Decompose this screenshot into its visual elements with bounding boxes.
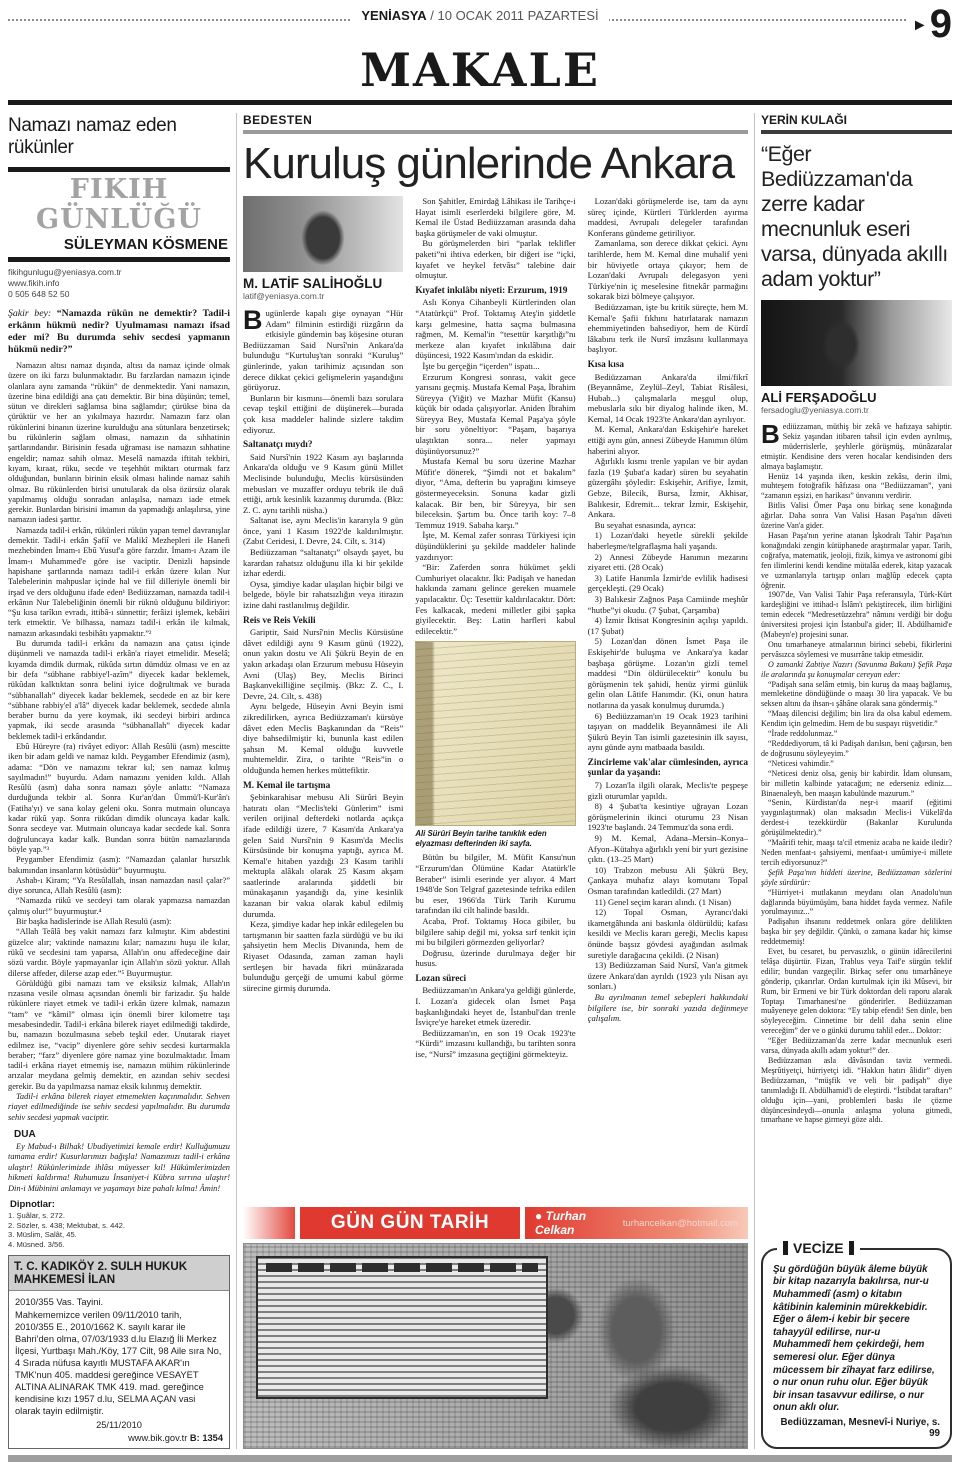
vecize-box: VECİZE Şu gördüğün büyük âleme büyük bir… bbox=[761, 1248, 952, 1449]
gun-gun-tarih-title: GÜN GÜN TARİH bbox=[300, 1207, 520, 1239]
article-paragraph: Zamanlama, son derece dikkat çekici. Ayn… bbox=[588, 238, 748, 302]
yerin-kulagi-kicker: YERİN KULAĞI bbox=[761, 113, 952, 127]
article-paragraph: M. Kemal ile tartışma bbox=[243, 781, 403, 792]
article-paragraph: “Neticesi deniz olsa, geniş bir kabirdir… bbox=[761, 769, 952, 799]
article-paragraph: Ağırlıklı kısmı trenle yapılan ve bir ay… bbox=[588, 456, 748, 520]
article-paragraph: Bitlis Valisi Ömer Paşa onu birkaç sene … bbox=[761, 501, 952, 531]
article-paragraph: “Maârifi tehir, maaşı ta'cil etmeniz aca… bbox=[761, 838, 952, 868]
article-paragraph: 6) Bediüzzaman'ın 19 Ocak 1923 tarihini … bbox=[588, 711, 748, 753]
article-paragraph: Bediüzzaman asla dâvâsından taviz vermed… bbox=[761, 1056, 952, 1125]
article-paragraph: Evet, bu cesaret, bu pervasızlık, o günü… bbox=[761, 947, 952, 1036]
gun-gun-tarih-email[interactable]: turhancelkan@hotmail.com bbox=[623, 1218, 738, 1229]
article-paragraph: Bunların bir kısmını—önemli bazı sorular… bbox=[243, 393, 403, 435]
dua-text: Ey Mabud-ı Bilhak! Ubudiyetimizi kemale … bbox=[8, 1142, 230, 1194]
article-paragraph: “Neticesi vahimdir.” bbox=[761, 759, 952, 769]
bedesten-col-3: Lozan'daki görüşmelerde ise, tam da aynı… bbox=[588, 196, 748, 1201]
court-notice-text: Mahkememizce verilen 09/11/2010 tarih, 2… bbox=[15, 1309, 223, 1417]
banner-gradient-stub bbox=[243, 1207, 295, 1239]
section-title: MAKALE bbox=[8, 46, 952, 94]
yerin-kulagi-headline: “Eğer Bediüzzaman'da zerre kadar mecnunl… bbox=[761, 142, 952, 292]
article-paragraph: Acaba, Prof. Toktamış Hoca gibiler, bu b… bbox=[415, 916, 575, 948]
bedesten-column: BEDESTEN Kuruluş günlerinde Ankara M. LA… bbox=[243, 113, 748, 1449]
fikih-article: Namazı namaz eden rükünler FIKIH GÜNLÜĞÜ… bbox=[8, 113, 230, 1247]
article-paragraph: Son Şahitler, Emirdağ Lâhikası ile Tarih… bbox=[415, 196, 575, 238]
article-paragraph: Hasan Paşa'nın yerine atanan İşkodralı T… bbox=[761, 531, 952, 590]
dua-heading: DUA bbox=[14, 1129, 230, 1140]
fikih-body: Namazın altısı namaz dışında, altısı da … bbox=[8, 361, 230, 1123]
article-paragraph: Doğrusu, üzerinde durulmaya değer bir hu… bbox=[415, 948, 575, 969]
court-notice-body: 2010/355 Vas. Tayini. Mahkememizce veril… bbox=[9, 1291, 229, 1448]
footnote: 2. Sözler, s. 438; Mektubat, s. 442. bbox=[8, 1221, 230, 1231]
bedesten-headline: Kuruluş günlerinde Ankara bbox=[243, 140, 748, 188]
court-notice-title: T. C. KADIKÖY 2. SULH HUKUK MAHKEMESİ İL… bbox=[9, 1256, 229, 1291]
article-paragraph: Kıyafet inkılâbı niyeti: Erzurum, 1919 bbox=[415, 286, 575, 297]
article-paragraph: Bediüzzaman'ın Ankara'ya geldiği günlerd… bbox=[415, 985, 575, 1027]
bedesten-col3-text: Lozan'daki görüşmelerde ise, tam da aynı… bbox=[588, 196, 748, 1024]
article-paragraph: Mustafa Kemal bu soru üzerine Mazhar Müf… bbox=[415, 456, 575, 530]
newspaper-clipping bbox=[256, 1256, 548, 1399]
article-paragraph: Saltanatçı mıydı? bbox=[243, 440, 403, 451]
bedesten-body: M. LATİF SALİHOĞLU latif@yeniasya.com.tr… bbox=[243, 196, 748, 1201]
article-paragraph: 11) Genel seçim kararı alındı. (1 Nisan) bbox=[588, 897, 748, 908]
article-paragraph: O zamanki Zabtiye Nazırı (Savunma Bakanı… bbox=[761, 660, 952, 680]
article-paragraph: Şefik Paşa'nın hiddeti üzerine, Bediüzza… bbox=[761, 868, 952, 888]
vecize-attribution: Bediüzzaman, Mesnevî-i Nuriye, s. 99 bbox=[773, 1417, 940, 1439]
bedesten-col2b-text: Bütün bu bilgiler, M. Müfit Kansu'nun “E… bbox=[415, 852, 575, 1059]
vecize-title-text: VECİZE bbox=[793, 1240, 844, 1256]
clipping-headline-texture bbox=[266, 1263, 538, 1272]
article-paragraph: Bediüzzaman “saltanatçı” olsaydı şayet, … bbox=[243, 547, 403, 579]
yerin-kulagi-rule bbox=[761, 130, 952, 134]
fikih-column-name: FIKIH GÜNLÜĞÜ bbox=[8, 172, 230, 235]
footnotes-heading: Dipnotlar: bbox=[10, 1199, 230, 1210]
masthead-date: / 10 OCAK 2011 PAZARTESİ bbox=[427, 8, 599, 23]
gun-gun-tarih-byline: ● Turhan Celkan turhancelkan@hotmail.com bbox=[525, 1207, 748, 1239]
article-paragraph: Zincirleme vak'alar cümlesinden, ayrıca … bbox=[588, 758, 748, 779]
article-paragraph: Erzurum Kongresi sonrası, vakit gece yar… bbox=[415, 372, 575, 457]
gun-gun-tarih-section: GÜN GÜN TARİH ● Turhan Celkan turhancelk… bbox=[243, 1207, 748, 1449]
fikih-paragraph: “Allah Teâlâ beş vakit namazı farz kılmı… bbox=[8, 927, 230, 978]
article-paragraph: Said Nursî'nin 1922 Kasım ayı başlarında… bbox=[243, 452, 403, 516]
article-paragraph: Bediüzzaman'ın, en son 19 Ocak 1923'te “… bbox=[415, 1028, 575, 1060]
article-paragraph: 1) Lozan'daki heyetle sürekli şekilde ha… bbox=[588, 530, 748, 551]
article-paragraph: 3) Latife Hanımla İzmir'de evlilik hadis… bbox=[588, 573, 748, 594]
article-paragraph: Bediüzzaman, işte bu kritik süreçte, hem… bbox=[588, 302, 748, 355]
fikih-paragraph: Ebû Hüreyre (ra) rivâyet ediyor: Allah R… bbox=[8, 742, 230, 855]
court-notice-date: 25/11/2010 bbox=[15, 1419, 223, 1431]
article-paragraph: “Eğer Bediüzzaman'da zerre kadar mecnunl… bbox=[761, 1036, 952, 1056]
article-paragraph: Bugünlerde kapalı gişe oynayan “Hür Adam… bbox=[243, 308, 403, 393]
fikih-contact-block: fikihgunlugu@yeniasya.com.tr www.fikih.i… bbox=[8, 262, 230, 308]
page-arrow-icon: ► bbox=[912, 17, 928, 34]
article-paragraph: Henüz 14 yaşında iken, keskin zekâsı, de… bbox=[761, 472, 952, 502]
fikih-contact-web[interactable]: www.fikih.info bbox=[8, 278, 230, 289]
article-paragraph: Bediüzzaman Ankara'da ilmi/fikrî (Beyann… bbox=[588, 372, 748, 425]
main-content: Namazı namaz eden rükünler FIKIH GÜNLÜĞÜ… bbox=[8, 113, 952, 1449]
fikih-paragraph: Ashab-ı Kiram; “Ya Resûlallah, insan nam… bbox=[8, 876, 230, 897]
article-paragraph: 12) Topal Osman, Ayrancı'daki ikametgâhı… bbox=[588, 907, 748, 960]
footnote: 1. Şuâlar, s. 272. bbox=[8, 1211, 230, 1221]
article-paragraph: “Padişah sana selâm etmiş, bin kuruş da … bbox=[761, 680, 952, 710]
bik-url[interactable]: www.bik.gov.tr bbox=[128, 1433, 187, 1443]
fikih-paragraph: Bir başka hadislerinde ise Allah Resulü … bbox=[8, 917, 230, 927]
fersadoglu-author-photo bbox=[761, 300, 952, 386]
article-paragraph: Aslı Konya Cihanbeyli Kürtlerinden olan … bbox=[415, 297, 575, 361]
article-paragraph: Şebinkarahisar mebusu Ali Sürûri Beyin h… bbox=[243, 792, 403, 919]
fikih-contact-phone: 0 505 648 52 50 bbox=[8, 289, 230, 300]
newspaper-page: YENİASYA / 10 OCAK 2011 PAZARTESİ ►9 MAK… bbox=[0, 0, 960, 1462]
vecize-bar-icon bbox=[783, 1241, 788, 1255]
fikih-paragraph: Peygamber Efendimiz (asm): “Namazdan çal… bbox=[8, 855, 230, 876]
salihoglu-author-photo bbox=[243, 196, 403, 272]
article-paragraph: Keza, şimdiye kadar hep inkâr edilegelen… bbox=[243, 919, 403, 993]
page-number: ►9 bbox=[906, 2, 952, 47]
footnote: 4. Müsned, 3/56. bbox=[8, 1240, 230, 1247]
court-notice-box: T. C. KADIKÖY 2. SULH HUKUK MAHKEMESİ İL… bbox=[8, 1255, 230, 1449]
bedesten-col1-text: Bugünlerde kapalı gişe oynayan “Hür Adam… bbox=[243, 308, 403, 993]
article-paragraph: 7) Lozan'la ilgili olarak, Meclis'te peş… bbox=[588, 780, 748, 801]
yerin-kulagi-author: ALİ FERŞADOĞLU bbox=[761, 390, 952, 405]
column-divider-right bbox=[754, 113, 755, 1449]
bik-number: B: 1354 bbox=[190, 1433, 223, 1443]
article-paragraph: Lozan'daki görüşmelerde ise, tam da aynı… bbox=[588, 196, 748, 238]
reader-question: Şakir bey: “Namazda rükün ne demektir? T… bbox=[8, 308, 230, 356]
footer-bar bbox=[8, 1455, 952, 1462]
fikih-paragraph: “Namazda rükû ve secdeyi tam olarak yapm… bbox=[8, 896, 230, 917]
article-paragraph: “Hürriyet-i mutlakanın meydanı olan Anad… bbox=[761, 888, 952, 918]
fikih-author: SÜLEYMAN KÖSMENE bbox=[8, 235, 230, 257]
column-divider-left bbox=[236, 113, 237, 1449]
article-paragraph: Padişahın ihsanını reddetmek onlara göre… bbox=[761, 917, 952, 947]
article-paragraph: Gariptir, Said Nursî'nin Meclis Kürsüsün… bbox=[243, 627, 403, 701]
footnote: 3. Müslim, Salât, 45. bbox=[8, 1230, 230, 1240]
reader-question-lead: Şakir bey: bbox=[8, 308, 57, 319]
article-paragraph: 13) Bediüzzaman Said Nursî, Van'a gitmek… bbox=[588, 960, 748, 992]
page-header: YENİASYA / 10 OCAK 2011 PAZARTESİ ►9 bbox=[8, 6, 952, 46]
article-paragraph: Bu ayrılmanın temel sebepleri hakkındaki… bbox=[588, 992, 748, 1024]
article-paragraph: Kısa kısa bbox=[588, 360, 748, 371]
article-paragraph: Onu tımarhaneye atmalarının birinci sebe… bbox=[761, 640, 952, 660]
yerin-kulagi-column: YERİN KULAĞI “Eğer Bediüzzaman'da zerre … bbox=[761, 113, 952, 1449]
article-paragraph: 8) 4 Şubat'ta kesintiye uğrayan Lozan gö… bbox=[588, 801, 748, 833]
article-paragraph: 3) Balıkesir Zağnos Paşa Camiinde meşhûr… bbox=[588, 594, 748, 615]
article-paragraph: “Senin, Kürdistan'da neşr-i maarif (eğit… bbox=[761, 798, 952, 838]
article-paragraph: Bu görüşmelerden biri “parlak teklifler … bbox=[415, 238, 575, 280]
article-paragraph: “İrade reddolunmaz.” bbox=[761, 729, 952, 739]
section-rule bbox=[8, 100, 952, 105]
article-paragraph: İşte bu gerçeğin “içerden” ispatı... bbox=[415, 361, 575, 372]
bedesten-kicker: BEDESTEN bbox=[243, 113, 748, 127]
gun-gun-tarih-author: ● Turhan Celkan bbox=[535, 1209, 623, 1237]
court-case-number: 2010/355 Vas. Tayini. bbox=[15, 1296, 223, 1308]
masthead-title: YENİASYA bbox=[361, 8, 426, 23]
fikih-paragraph: Namazın altısı namaz dışında, altısı da … bbox=[8, 361, 230, 526]
article-paragraph: Lozan süreci bbox=[415, 974, 575, 985]
bedesten-author-email[interactable]: latif@yeniasya.com.tr bbox=[243, 291, 403, 301]
bedesten-author: M. LATİF SALİHOĞLU bbox=[243, 276, 403, 291]
bedesten-col2a-text: Son Şahitler, Emirdağ Lâhikası ile Tarih… bbox=[415, 196, 575, 636]
fikih-contact-email[interactable]: fikihgunlugu@yeniasya.com.tr bbox=[8, 267, 230, 278]
article-paragraph: Aynı belgede, Hüseyin Avni Beyin ismi zi… bbox=[243, 701, 403, 775]
vecize-bar-icon bbox=[849, 1241, 854, 1255]
fikih-paragraph: Namazda tadil-i erkân, rükünleri rükün y… bbox=[8, 526, 230, 639]
bedesten-col-1: M. LATİF SALİHOĞLU latif@yeniasya.com.tr… bbox=[243, 196, 403, 1201]
article-paragraph: Bu seyahat esnasında, ayrıca: bbox=[588, 520, 748, 531]
fikih-paragraph: Bu durumda tadil-i erkânı da namazın ana… bbox=[8, 639, 230, 742]
yerin-kulagi-email[interactable]: fersadoglu@yeniasya.com.tr bbox=[761, 405, 952, 415]
yerin-kulagi-body: Bediüzzaman, müthiş bir zekâ ve hafızaya… bbox=[761, 422, 952, 1236]
historic-newspaper-image bbox=[243, 1243, 748, 1449]
gun-gun-tarih-banner: GÜN GÜN TARİH ● Turhan Celkan turhancelk… bbox=[243, 1207, 748, 1239]
article-paragraph: M. Kemal, Ankara'dan Eskişehir'e hareket… bbox=[588, 424, 748, 456]
fikih-column: Namazı namaz eden rükünler FIKIH GÜNLÜĞÜ… bbox=[8, 113, 230, 1449]
article-paragraph: 10) Trabzon mebusu Ali Şükrü Bey, Çankay… bbox=[588, 865, 748, 897]
bedesten-kicker-rule bbox=[243, 130, 748, 134]
article-paragraph: 4) İzmir İktisat Kongresinin açılışı yap… bbox=[588, 615, 748, 636]
fikih-paragraph: Tadil-i erkâna bilerek riayet etmemekten… bbox=[8, 1092, 230, 1123]
fikih-article-title: Namazı namaz eden rükünler bbox=[8, 113, 230, 167]
footnotes-list: 1. Şuâlar, s. 272.2. Sözler, s. 438; Mek… bbox=[8, 1211, 230, 1247]
article-paragraph: Bütün bu bilgiler, M. Müfit Kansu'nun “E… bbox=[415, 852, 575, 916]
manuscript-image-caption: Ali Sürûri Beyin tarihe tanıklık eden el… bbox=[415, 829, 575, 848]
article-paragraph: Bediüzzaman, müthiş bir zekâ ve hafızaya… bbox=[761, 422, 952, 472]
article-paragraph: Reis ve Reis Vekili bbox=[243, 616, 403, 627]
article-paragraph: 5) Lozan'dan dönen İsmet Paşa ile Eskişe… bbox=[588, 636, 748, 710]
article-paragraph: 1907'de, Van Valisi Tahir Paşa referansı… bbox=[761, 590, 952, 640]
article-paragraph: 9) M. Kemal, Adana–Mersin–Konya–Afyon–Kü… bbox=[588, 833, 748, 865]
vecize-title: VECİZE bbox=[777, 1240, 860, 1256]
article-paragraph: “Reddediyorum, tâ ki Padişah darılsın, b… bbox=[761, 739, 952, 759]
article-paragraph: Saltanat ise, aynı Meclis'in kararıyla 9… bbox=[243, 515, 403, 547]
vecize-text: Şu gördüğün büyük âleme büyük bir kitap … bbox=[773, 1264, 940, 1415]
fikih-paragraph: Görüldüğü gibi namazı tam ve eksiksiz kı… bbox=[8, 979, 230, 1092]
article-paragraph: “Bir: Zaferden sonra hükümet şekli Cumhu… bbox=[415, 562, 575, 636]
article-paragraph: 2) Annesi Zübeyde Hanımın mezarını ziyar… bbox=[588, 552, 748, 573]
article-paragraph: “Maaş dilencisi değilim; bin lira da ols… bbox=[761, 709, 952, 729]
article-paragraph: Oysa, şimdiye kadar ulaşılan hiçbir bilg… bbox=[243, 579, 403, 611]
manuscript-image bbox=[415, 641, 575, 826]
masthead: YENİASYA / 10 OCAK 2011 PAZARTESİ bbox=[8, 8, 952, 23]
article-paragraph: İşte, M. Kemal zafer sonrası Türkiyesi i… bbox=[415, 530, 575, 562]
bedesten-col-2: Son Şahitler, Emirdağ Lâhikası ile Tarih… bbox=[415, 196, 575, 1201]
